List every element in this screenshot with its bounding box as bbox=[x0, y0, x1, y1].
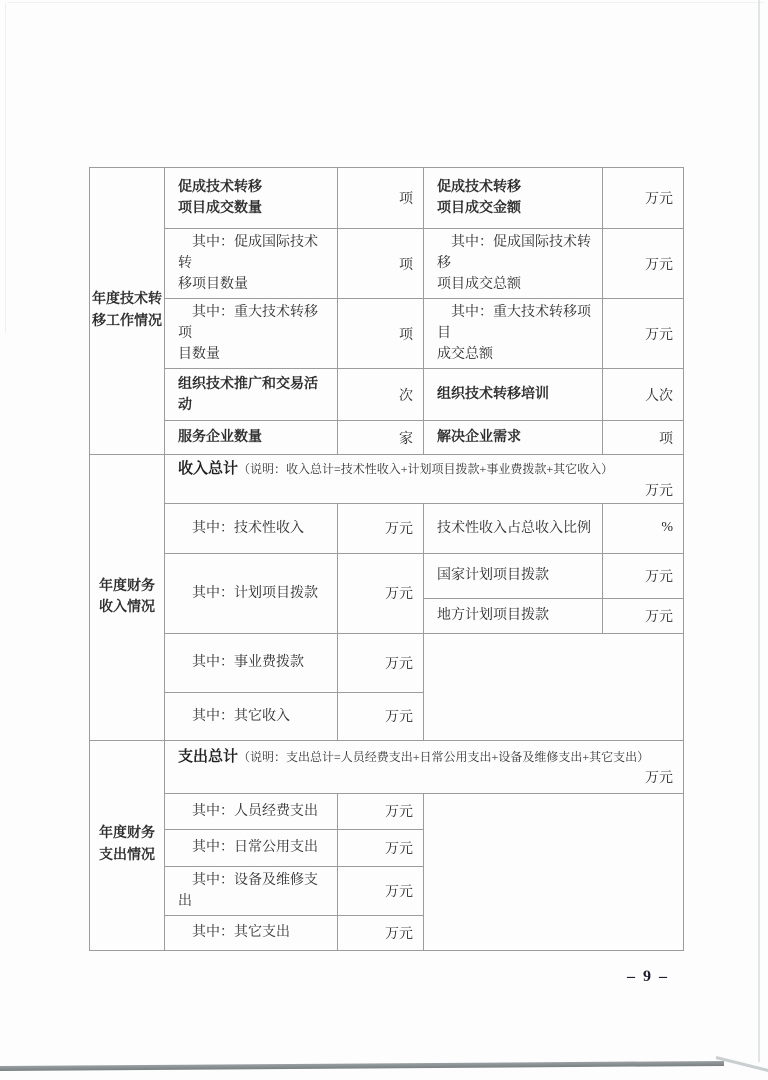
equipment-expense-label: 其中：设备及维修支出 bbox=[165, 866, 338, 915]
solved-needs-unit: 项 bbox=[603, 421, 684, 455]
promo-events-unit: 次 bbox=[338, 369, 424, 421]
intl-deal-count-label: 其中：促成国际技术转 移项目数量 bbox=[165, 229, 338, 299]
deal-amount-label: 促成技术转移 项目成交金额 bbox=[424, 168, 603, 229]
national-plan-grant-label: 国家计划项目拨款 bbox=[424, 553, 603, 598]
intl-deal-amount-unit: 万元 bbox=[603, 229, 684, 299]
other-income-unit: 万元 bbox=[338, 692, 424, 740]
expense-total-note: （说明：支出总计=人员经费支出+日常公用支出+设备及维修支出+其它支出） bbox=[238, 750, 649, 764]
promo-events-label: 组织技术推广和交易活动 bbox=[165, 369, 338, 421]
tech-income-ratio-label: 技术性收入占总收入比例 bbox=[424, 503, 603, 553]
income-total-title: 收入总计 bbox=[178, 461, 238, 477]
other-expense-label: 其中：其它支出 bbox=[165, 915, 338, 950]
plan-grant-unit: 万元 bbox=[338, 553, 424, 633]
income-total-cell: 收入总计（说明：收入总计=技术性收入+计划项目拨款+事业费拨款+其它收入） 万元 bbox=[165, 455, 684, 504]
personnel-expense-label: 其中：人员经费支出 bbox=[165, 793, 338, 829]
expense-total-unit: 万元 bbox=[178, 767, 674, 787]
daily-expense-label: 其中：日常公用支出 bbox=[165, 829, 338, 866]
deal-amount-unit: 万元 bbox=[603, 168, 684, 229]
other-expense-unit: 万元 bbox=[338, 915, 424, 950]
other-income-label: 其中：其它收入 bbox=[165, 692, 338, 740]
served-companies-unit: 家 bbox=[338, 421, 424, 455]
intl-deal-count-unit: 项 bbox=[338, 229, 424, 299]
local-plan-grant-unit: 万元 bbox=[603, 598, 684, 633]
income-total-unit: 万元 bbox=[178, 480, 674, 500]
deal-count-unit: 项 bbox=[338, 168, 424, 229]
major-deal-count-label: 其中：重大技术转移项 目数量 bbox=[165, 299, 338, 369]
training-label: 组织技术转移培训 bbox=[424, 369, 603, 421]
annual-report-table: 年度技术转 移工作情况 促成技术转移 项目成交数量 项 促成技术转移 项目成交金… bbox=[89, 167, 684, 951]
training-unit: 人次 bbox=[603, 369, 684, 421]
scan-left-edge bbox=[5, 3, 6, 333]
personnel-expense-unit: 万元 bbox=[338, 793, 424, 829]
section2-header: 年度财务 收入情况 bbox=[90, 455, 165, 741]
income-empty-cell bbox=[424, 633, 684, 740]
served-companies-label: 服务企业数量 bbox=[165, 421, 338, 455]
deal-count-label: 促成技术转移 项目成交数量 bbox=[165, 168, 338, 229]
plan-grant-label: 其中：计划项目拨款 bbox=[165, 553, 338, 633]
tech-income-unit: 万元 bbox=[338, 503, 424, 553]
major-deal-count-unit: 项 bbox=[338, 299, 424, 369]
tech-income-ratio-unit: % bbox=[603, 503, 684, 553]
scan-top-edge bbox=[8, 2, 764, 3]
institution-fund-label: 其中：事业费拨款 bbox=[165, 633, 338, 692]
section3-header: 年度财务 支出情况 bbox=[90, 740, 165, 950]
national-plan-grant-unit: 万元 bbox=[603, 553, 684, 598]
solved-needs-label: 解决企业需求 bbox=[424, 421, 603, 455]
expense-total-cell: 支出总计（说明：支出总计=人员经费支出+日常公用支出+设备及维修支出+其它支出）… bbox=[165, 740, 684, 793]
major-deal-amount-label: 其中：重大技术转移项目 成交总额 bbox=[424, 299, 603, 369]
scan-right-edge bbox=[758, 0, 760, 1062]
income-total-note: （说明：收入总计=技术性收入+计划项目拨款+事业费拨款+其它收入） bbox=[238, 462, 613, 476]
local-plan-grant-label: 地方计划项目拨款 bbox=[424, 598, 603, 633]
section1-header: 年度技术转 移工作情况 bbox=[90, 168, 165, 455]
expense-total-title: 支出总计 bbox=[178, 749, 238, 765]
intl-deal-amount-label: 其中：促成国际技术转移 项目成交总额 bbox=[424, 229, 603, 299]
tech-income-label: 其中：技术性收入 bbox=[165, 503, 338, 553]
expense-empty-cell bbox=[424, 793, 684, 950]
document-page: 年度技术转 移工作情况 促成技术转移 项目成交数量 项 促成技术转移 项目成交金… bbox=[0, 0, 768, 1080]
daily-expense-unit: 万元 bbox=[338, 829, 424, 866]
major-deal-amount-unit: 万元 bbox=[603, 299, 684, 369]
equipment-expense-unit: 万元 bbox=[338, 866, 424, 915]
page-number: – 9 – bbox=[612, 968, 684, 986]
scan-bottom-edge-shadow bbox=[0, 1061, 724, 1071]
institution-fund-unit: 万元 bbox=[338, 633, 424, 692]
